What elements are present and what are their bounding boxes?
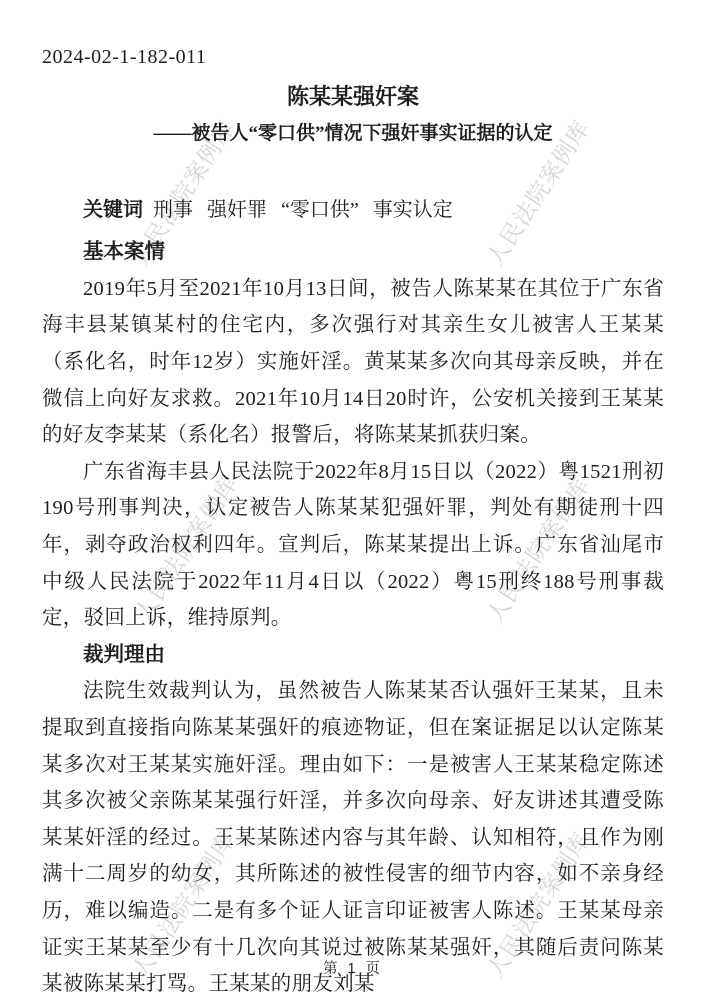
case-title: 陈某某强奸案 xyxy=(42,83,664,112)
keyword-item: “零口供” xyxy=(281,199,359,221)
document-page: 人民法院案例库 人民法院案例库 人民法院案例库 人民法院案例库 人民法院案例库 … xyxy=(0,0,706,999)
paragraph-basic-facts-1: 2019年5月至2021年10月13日间，被告人陈某某在其位于广东省海丰县某镇某… xyxy=(42,271,664,454)
keywords-label: 关键词 xyxy=(83,199,143,221)
keyword-item: 强奸罪 xyxy=(207,199,267,221)
paragraph-basic-facts-2: 广东省海丰县人民法院于2022年8月15日以（2022）粤1521刑初190号刑… xyxy=(42,454,664,637)
case-subtitle: ——被告人“零口供”情况下强奸事实证据的认定 xyxy=(42,122,664,147)
paragraph-judgment-reasons-1: 法院生效裁判认为，虽然被告人陈某某否认强奸王某某，且未提取到直接指向陈某某强奸的… xyxy=(42,673,664,999)
page-number: 第 1 页 xyxy=(0,957,706,978)
document-content: 2024-02-1-182-011 陈某某强奸案 ——被告人“零口供”情况下强奸… xyxy=(0,0,706,999)
section-heading-judgment-reasons: 裁判理由 xyxy=(42,637,664,674)
keyword-item: 事实认定 xyxy=(373,199,453,221)
keyword-item: 刑事 xyxy=(153,199,193,221)
doc-number: 2024-02-1-182-011 xyxy=(42,46,664,69)
section-heading-basic-facts: 基本案情 xyxy=(42,234,664,271)
keywords-line: 关键词刑事强奸罪“零口供”事实认定 xyxy=(42,196,664,224)
